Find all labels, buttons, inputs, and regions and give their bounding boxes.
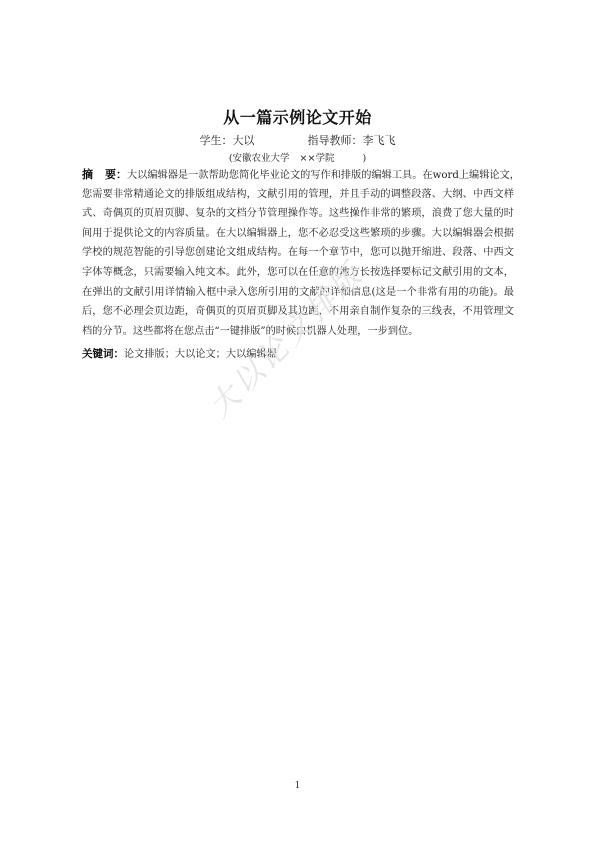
- affiliation-college: ××学院: [300, 153, 335, 164]
- abstract-line: 间用于提供论文的内容质量。在大以编辑器上，您不必忍受这些繁琐的步骤。大以编辑器会…: [82, 224, 514, 244]
- abstract-line: 摘要：大以编辑器是一款帮助您简化毕业论文的写作和排版的编辑工具。在word上编辑…: [82, 165, 514, 185]
- document-page: 从一篇示例论文开始 学生：大以 指导教师：李飞飞 (安徽农业大学××学院) 摘要…: [0, 0, 595, 842]
- abstract-line: 学校的规范智能的引导您创建论文组成结构。在每一个章节中，您可以抛开缩进、段落、中…: [82, 243, 514, 263]
- page-number: 1: [0, 781, 595, 791]
- advisor-name: 李飞飞: [363, 134, 396, 147]
- author-line: 学生：大以 指导教师：李飞飞: [0, 132, 595, 148]
- affiliation-line: (安徽农业大学××学院): [0, 150, 595, 164]
- abstract-label: 摘要：: [82, 168, 127, 181]
- keywords-label: 关键词：: [82, 348, 124, 360]
- advisor-label: 指导教师：: [308, 134, 363, 147]
- paper-title: 从一篇示例论文开始: [0, 105, 595, 128]
- student-name: 大以: [233, 134, 255, 147]
- abstract-line: 式、奇偶页的页眉页脚、复杂的文档分节管理操作等。这些操作非常的繁琐，浪费了您大量…: [82, 204, 514, 224]
- affiliation-university: (安徽农业大学: [229, 153, 290, 164]
- student-label: 学生：: [200, 134, 233, 147]
- abstract-line: 您需要非常精通论文的排版组成结构，文献引用的管理，并且手动的调整段落、大纲、中西…: [82, 185, 514, 205]
- affiliation-close: ): [362, 153, 366, 164]
- abstract-line: 字体等概念，只需要输入纯文本。此外，您可以在任意的地方长按选择要标记文献引用的文…: [82, 263, 514, 283]
